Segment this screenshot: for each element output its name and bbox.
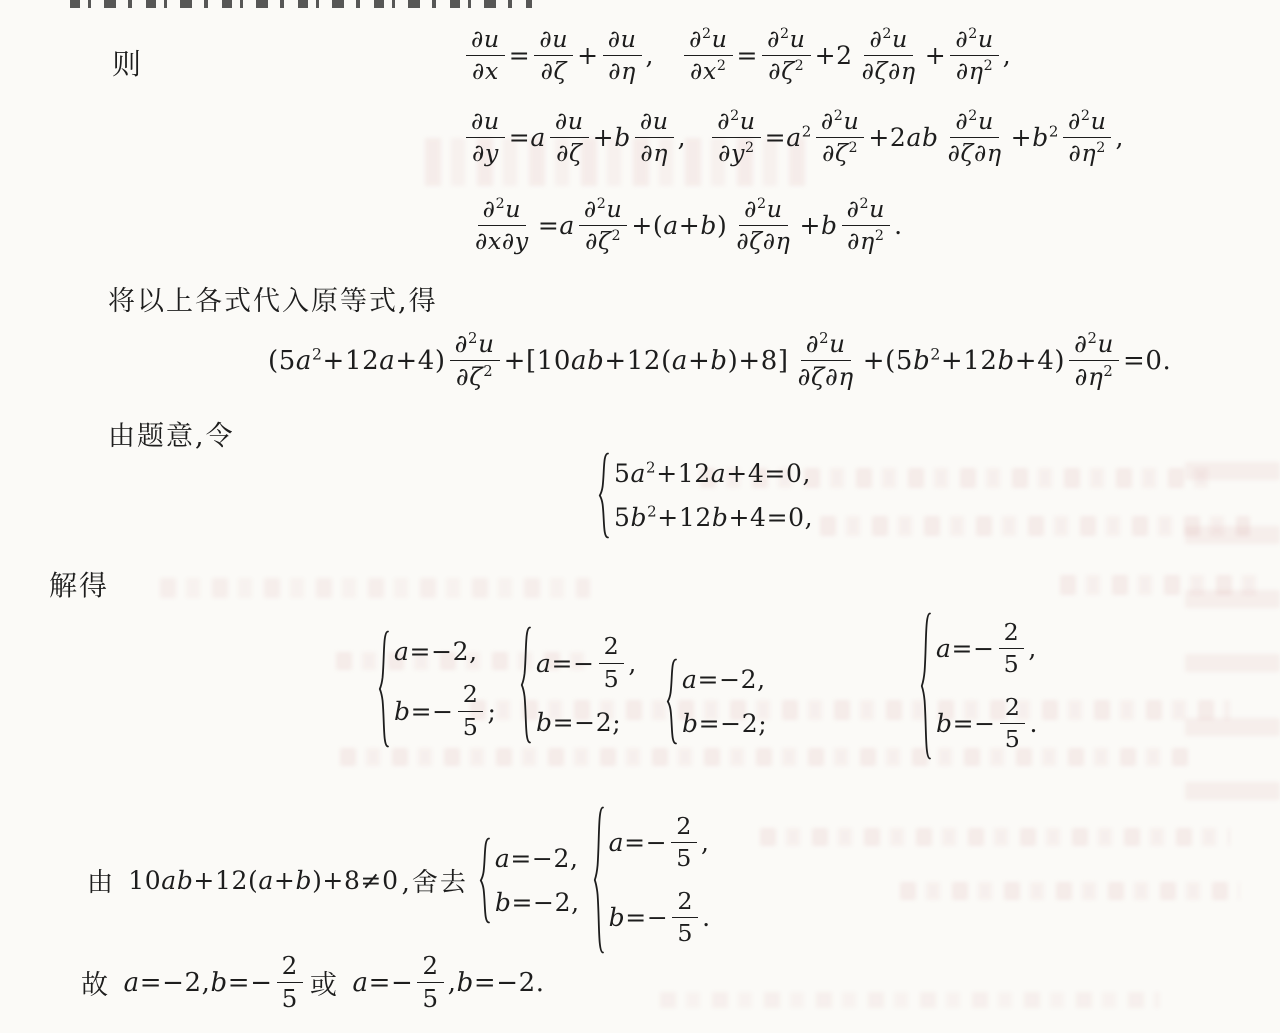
solution-system-4: a=−25,b=−25. — [912, 612, 1043, 760]
system-brace — [375, 630, 391, 748]
ink-bleed-artifact — [900, 882, 1240, 900]
system-brace — [517, 626, 533, 744]
ink-bleed-artifact — [660, 992, 1160, 1008]
system-brace — [663, 658, 679, 745]
solution-system-1: a=−2,b=−25; — [370, 630, 501, 748]
ink-bleed-artifact — [1185, 440, 1280, 800]
system-brace — [917, 612, 933, 760]
equation-first-order-x: ∂u∂x=∂u∂ζ+∂u∂η,∂2u∂x2=∂2u∂ζ2+2∂2u∂ζ∂η+∂2… — [462, 26, 1011, 86]
solution-system-2: a=−25,b=−2; — [512, 626, 642, 744]
ink-bleed-artifact — [760, 828, 1230, 846]
final-answer-line: 故 a=−2,b=−25或 a=−25,b=−2. — [78, 952, 545, 1014]
scanned-page: 则 将以上各式代入原等式,得 由题意,令 解得 ∂u∂x=∂u∂ζ+∂u∂η,∂… — [0, 0, 1280, 1033]
discard-condition-line: 由 10ab+12(a+b)+8≠0,舍去a=−2,b=−2,a=−25,b=−… — [84, 806, 716, 954]
ink-bleed-artifact — [340, 748, 1190, 766]
label-by-problem: 由题意,令 — [108, 414, 235, 453]
ink-bleed-artifact — [820, 516, 1250, 536]
label-then: 则 — [112, 42, 143, 83]
system-brace — [590, 806, 606, 954]
ink-bleed-artifact — [160, 578, 590, 598]
equation-first-order-y: ∂u∂y=a∂u∂ζ+b∂u∂η,∂2u∂y2=a2∂2u∂ζ2+2ab∂2u∂… — [462, 108, 1124, 168]
ink-bleed-artifact — [1060, 575, 1260, 595]
system-brace — [476, 837, 492, 924]
label-solve: 解得 — [49, 564, 109, 604]
page-top-clipped-line — [70, 0, 532, 8]
label-substitute-line: 将以上各式代入原等式,得 — [108, 279, 438, 318]
system-brace — [595, 452, 611, 539]
equation-substituted-pde: (5a2+12a+4)∂2u∂ζ2+[10ab+12(a+b)+8]∂2u∂ζ∂… — [268, 330, 1171, 392]
system-coefficient-equations: 5a2+12a+4=0,5b2+12b+4=0, — [590, 452, 818, 539]
equation-mixed-partial: ∂2u∂x∂y=a∂2u∂ζ2+(a+b)∂2u∂ζ∂η+b∂2u∂η2. — [466, 196, 903, 256]
solution-system-3: a=−2,b=−2; — [658, 658, 772, 745]
